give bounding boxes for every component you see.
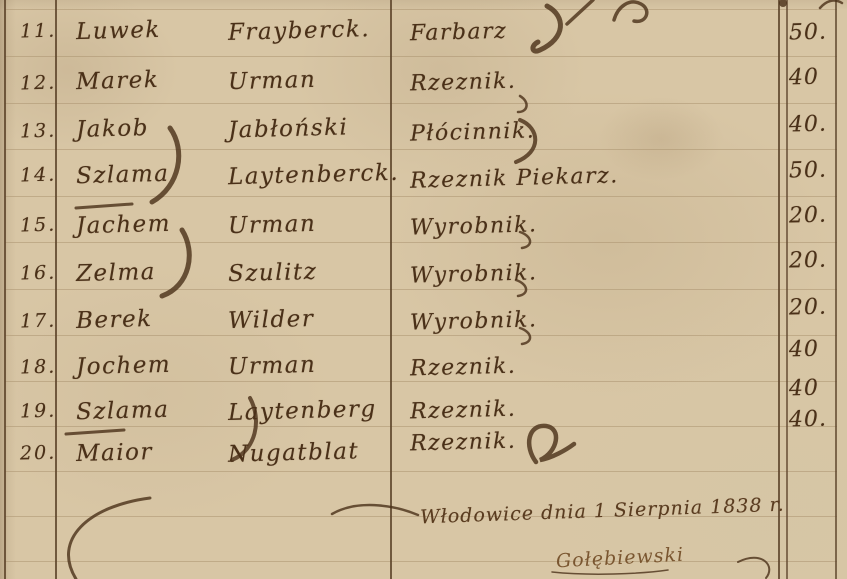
occupation: Rzeznik.	[410, 397, 517, 425]
row-number: 14.	[20, 164, 57, 187]
occupation: Rzeznik.	[410, 354, 517, 382]
row-number: 12.	[20, 72, 57, 95]
amount: 20.	[789, 295, 828, 321]
amount: 20.	[789, 203, 828, 229]
amount: 40.	[789, 407, 828, 433]
first-name: Szlama	[76, 397, 170, 425]
first-name: Marek	[76, 67, 160, 95]
surname: Szulitz	[228, 259, 318, 287]
row-number: 19.	[20, 400, 57, 423]
row-number: 15.	[20, 214, 57, 237]
row-number: 13.	[20, 120, 57, 143]
row-rule	[5, 9, 837, 10]
occupation: Płócinnik.	[410, 118, 536, 146]
row-number: 16.	[20, 262, 57, 285]
surname: Frayberck.	[228, 16, 371, 46]
row-rule	[5, 149, 837, 150]
row-rule	[5, 56, 837, 57]
amount: 40	[789, 376, 820, 402]
surname: Laytenberg	[228, 396, 377, 426]
row-number: 20.	[20, 442, 57, 465]
amount: 40	[789, 337, 820, 363]
row-rule	[5, 561, 837, 562]
row-rule	[5, 471, 837, 472]
row-rule	[5, 426, 837, 427]
occupation: Rzeznik.	[410, 69, 517, 97]
occupation: Wyrobnik.	[410, 307, 538, 335]
date-line: Włodowice dnia 1 Sierpnia 1838 r.	[420, 494, 785, 529]
first-name: Zelma	[76, 259, 157, 287]
first-name: Jochem	[76, 352, 172, 380]
row-rule	[5, 381, 837, 382]
surname: Urman	[228, 67, 317, 95]
row-rule	[5, 242, 837, 243]
occupation: Farbarz	[410, 19, 508, 47]
amount: 40.	[789, 112, 828, 138]
surname: Urman	[228, 211, 317, 239]
ledger-page: 11. Luwek Frayberck. Farbarz 50. 12. Mar…	[0, 0, 847, 579]
surname: Urman	[228, 352, 317, 380]
occupation: Wyrobnik.	[410, 260, 538, 288]
signature: Gołębiewski	[556, 544, 685, 573]
page-edge-rule	[4, 0, 6, 579]
row-number: 18.	[20, 356, 57, 379]
row-rule	[5, 103, 837, 104]
amount: 20.	[789, 248, 828, 274]
amount: 40	[789, 65, 820, 91]
surname: Laytenberck.	[228, 160, 400, 190]
surname: Wilder	[228, 306, 315, 334]
occupation: Rzeznik Piekarz.	[410, 163, 619, 193]
occupation-column-rule	[390, 0, 392, 579]
amount: 50.	[789, 158, 828, 184]
surname: Jabłoński	[228, 114, 349, 143]
amount-column-rule	[778, 0, 780, 579]
occupation: Wyrobnik.	[410, 212, 538, 240]
row-rule	[5, 196, 837, 197]
first-name: Berek	[76, 306, 153, 334]
row-number: 17.	[20, 310, 57, 333]
occupation: Rzeznik.	[410, 429, 517, 457]
row-number: 11.	[20, 20, 57, 43]
first-name: Jachem	[76, 211, 172, 239]
first-name: Maior	[76, 439, 154, 467]
surname: Nugatblat	[228, 438, 360, 467]
row-rule	[5, 289, 837, 290]
first-name: Szlama	[76, 161, 170, 189]
first-name: Jakob	[76, 115, 150, 143]
amount-column-rule-inner	[786, 0, 788, 579]
amount: 50.	[789, 20, 828, 46]
first-name: Luwek	[76, 17, 161, 45]
right-margin-rule	[835, 0, 837, 579]
